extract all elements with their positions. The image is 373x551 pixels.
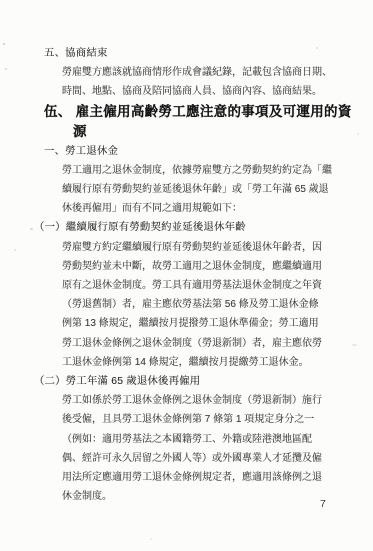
chapter-5-heading-line-1: 伍、 雇主僱用高齡勞工應注意的事項及可運用的資 [44, 102, 356, 122]
page-content: 五、協商結束 勞雇雙方應該就協商情形作成會議紀錄，記載包含協商日期、 時間、地點… [44, 44, 356, 506]
scanned-document-page: 五、協商結束 勞雇雙方應該就協商情形作成會議紀錄，記載包含協商日期、 時間、地點… [0, 0, 373, 551]
page-number: 7 [320, 498, 326, 510]
scan-speck [14, 249, 16, 251]
paragraph-line: （例如：適用勞基法之本國籍勞工、外籍或陸港澳地區配 [44, 430, 356, 449]
scan-speck [150, 538, 152, 540]
paragraph-line: 時間、地點、協商及陪同協商人員、協商內容、協商結果。 [44, 82, 356, 101]
scan-speck [352, 344, 357, 346]
paragraph-line: 勞動契約並未中斷，故勞工適用之退休金制度，應繼續適用 [44, 257, 356, 276]
scan-speck [30, 228, 33, 230]
labor-pension-heading: 一、勞工退休金 [44, 142, 356, 161]
paragraph-line: 偶、經許可永久居留之外國人等）或外國專業人才延攬及僱 [44, 449, 356, 468]
paragraph-line: 用法所定應適用勞工退休金條例規定者，應適用該條例之退 [44, 468, 356, 487]
paragraph-line: 勞工如係於勞工退休金條例之退休金制度（勞退新制）施行 [44, 391, 356, 410]
paragraph-line: 續履行原有勞動契約並延後退休年齡」或「勞工年滿 65 歲退 [44, 180, 356, 199]
scan-speck [5, 68, 7, 70]
paragraph-line: 工退休金條例第 14 條規定，繼續按月提繳勞工退休金。 [44, 353, 356, 372]
subsection-2-heading: （二）勞工年滿 65 歲退休後再僱用 [34, 372, 356, 391]
scan-speck [3, 43, 5, 45]
paragraph-line: 勞雇雙方應該就協商情形作成會議紀錄，記載包含協商日期、 [44, 63, 356, 82]
paragraph-line: 勞工退休金條例之退休金制度（勞退新制）者，雇主應依勞 [44, 334, 356, 353]
paragraph-line: （勞退舊制）者，雇主應依勞基法第 56 條及勞工退休金條 [44, 295, 356, 314]
paragraph-line: 例第 13 條規定，繼續按月提撥勞工退休準備金；勞工適用 [44, 314, 356, 333]
negotiation-end-heading: 五、協商結束 [44, 44, 356, 63]
paragraph-line: 勞工適用之退休金制度，依據勞雇雙方之勞動契約約定為「繼 [44, 161, 356, 180]
scan-speck [316, 47, 318, 49]
subsection-1-heading: （一）繼續履行原有勞動契約並延後退休年齡 [34, 218, 356, 237]
scan-speck [357, 133, 359, 135]
paragraph-line: 休金制度。 [44, 487, 356, 506]
paragraph-line: 後受僱，且具勞工退休金條例第 7 條第 1 項規定身分之一 [44, 410, 356, 429]
chapter-5-heading-line-2: 源 [44, 122, 356, 142]
paragraph-line: 原有之退休金制度。勞工具有適用勞基法退休金制度之年資 [44, 276, 356, 295]
paragraph-line: 休後再僱用」而有不同之適用規範如下： [44, 199, 356, 218]
paragraph-line: 勞雇雙方約定繼續履行原有勞動契約並延後退休年齡者，因 [44, 238, 356, 257]
